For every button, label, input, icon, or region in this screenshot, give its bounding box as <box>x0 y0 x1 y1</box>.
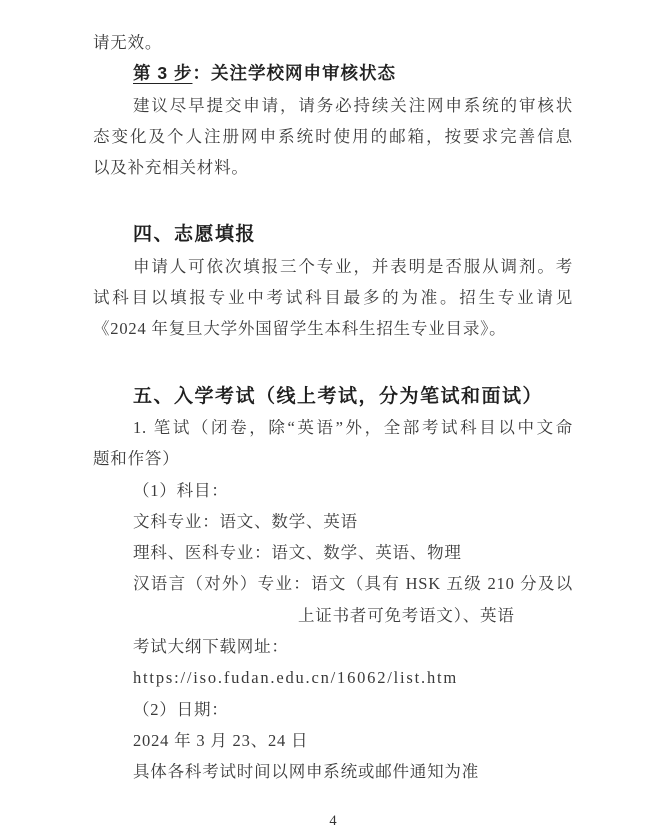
date-note: 具体各科考试时间以网申系统或邮件通知为准 <box>93 756 573 787</box>
section5-heading: 五、入学考试（线上考试，分为笔试和面试） <box>93 381 573 412</box>
paragraph-line: 态变化及个人注册网申系统时使用的邮箱，按要求完善信息 <box>93 121 573 152</box>
date-value: 2024 年 3 月 23、24 日 <box>93 725 573 756</box>
step3-heading-number: 第 3 步 <box>133 63 192 83</box>
section4-heading: 四、志愿填报 <box>93 219 573 250</box>
syllabus-url: https://iso.fudan.edu.cn/16062/list.htm <box>93 662 573 693</box>
paragraph-line: 试科目以填报专业中考试科目最多的为准。招生专业请见 <box>93 282 573 313</box>
page-number: 4 <box>0 813 666 830</box>
subjects-line-science-medicine: 理科、医科专业：语文、数学、英语、物理 <box>93 537 573 568</box>
subjects-label: （1）科目： <box>93 475 573 506</box>
intro-line: 请无效。 <box>93 27 573 58</box>
list-item-line: 题和作答） <box>93 443 573 474</box>
subjects-line-chinese-language-wrap: 上证书者可免考语文）、英语 <box>93 600 573 631</box>
subjects-line-chinese-language: 汉语言（对外）专业：语文（具有 HSK 五级 210 分及以 <box>93 568 573 599</box>
step3-heading-text: ：关注学校网申审核状态 <box>192 63 396 83</box>
list-item-line: 1. 笔试（闭卷，除“英语”外，全部考试科目以中文命 <box>93 412 573 443</box>
syllabus-label: 考试大纲下载网址： <box>93 631 573 662</box>
subjects-line-liberal-arts: 文科专业：语文、数学、英语 <box>93 506 573 537</box>
paragraph-line: 以及补充相关材料。 <box>93 152 573 183</box>
step3-heading: 第 3 步：关注学校网申审核状态 <box>93 58 573 89</box>
date-label: （2）日期： <box>93 694 573 725</box>
paragraph-line: 建议尽早提交申请，请务必持续关注网申系统的审核状 <box>93 90 573 121</box>
document-content: 请无效。 第 3 步：关注学校网申审核状态 建议尽早提交申请，请务必持续关注网申… <box>0 0 666 788</box>
document-page: 请无效。 第 3 步：关注学校网申审核状态 建议尽早提交申请，请务必持续关注网申… <box>0 0 666 833</box>
paragraph-line: 申请人可依次填报三个专业，并表明是否服从调剂。考 <box>93 251 573 282</box>
paragraph-line: 《2024 年复旦大学外国留学生本科生招生专业目录》。 <box>93 313 573 344</box>
